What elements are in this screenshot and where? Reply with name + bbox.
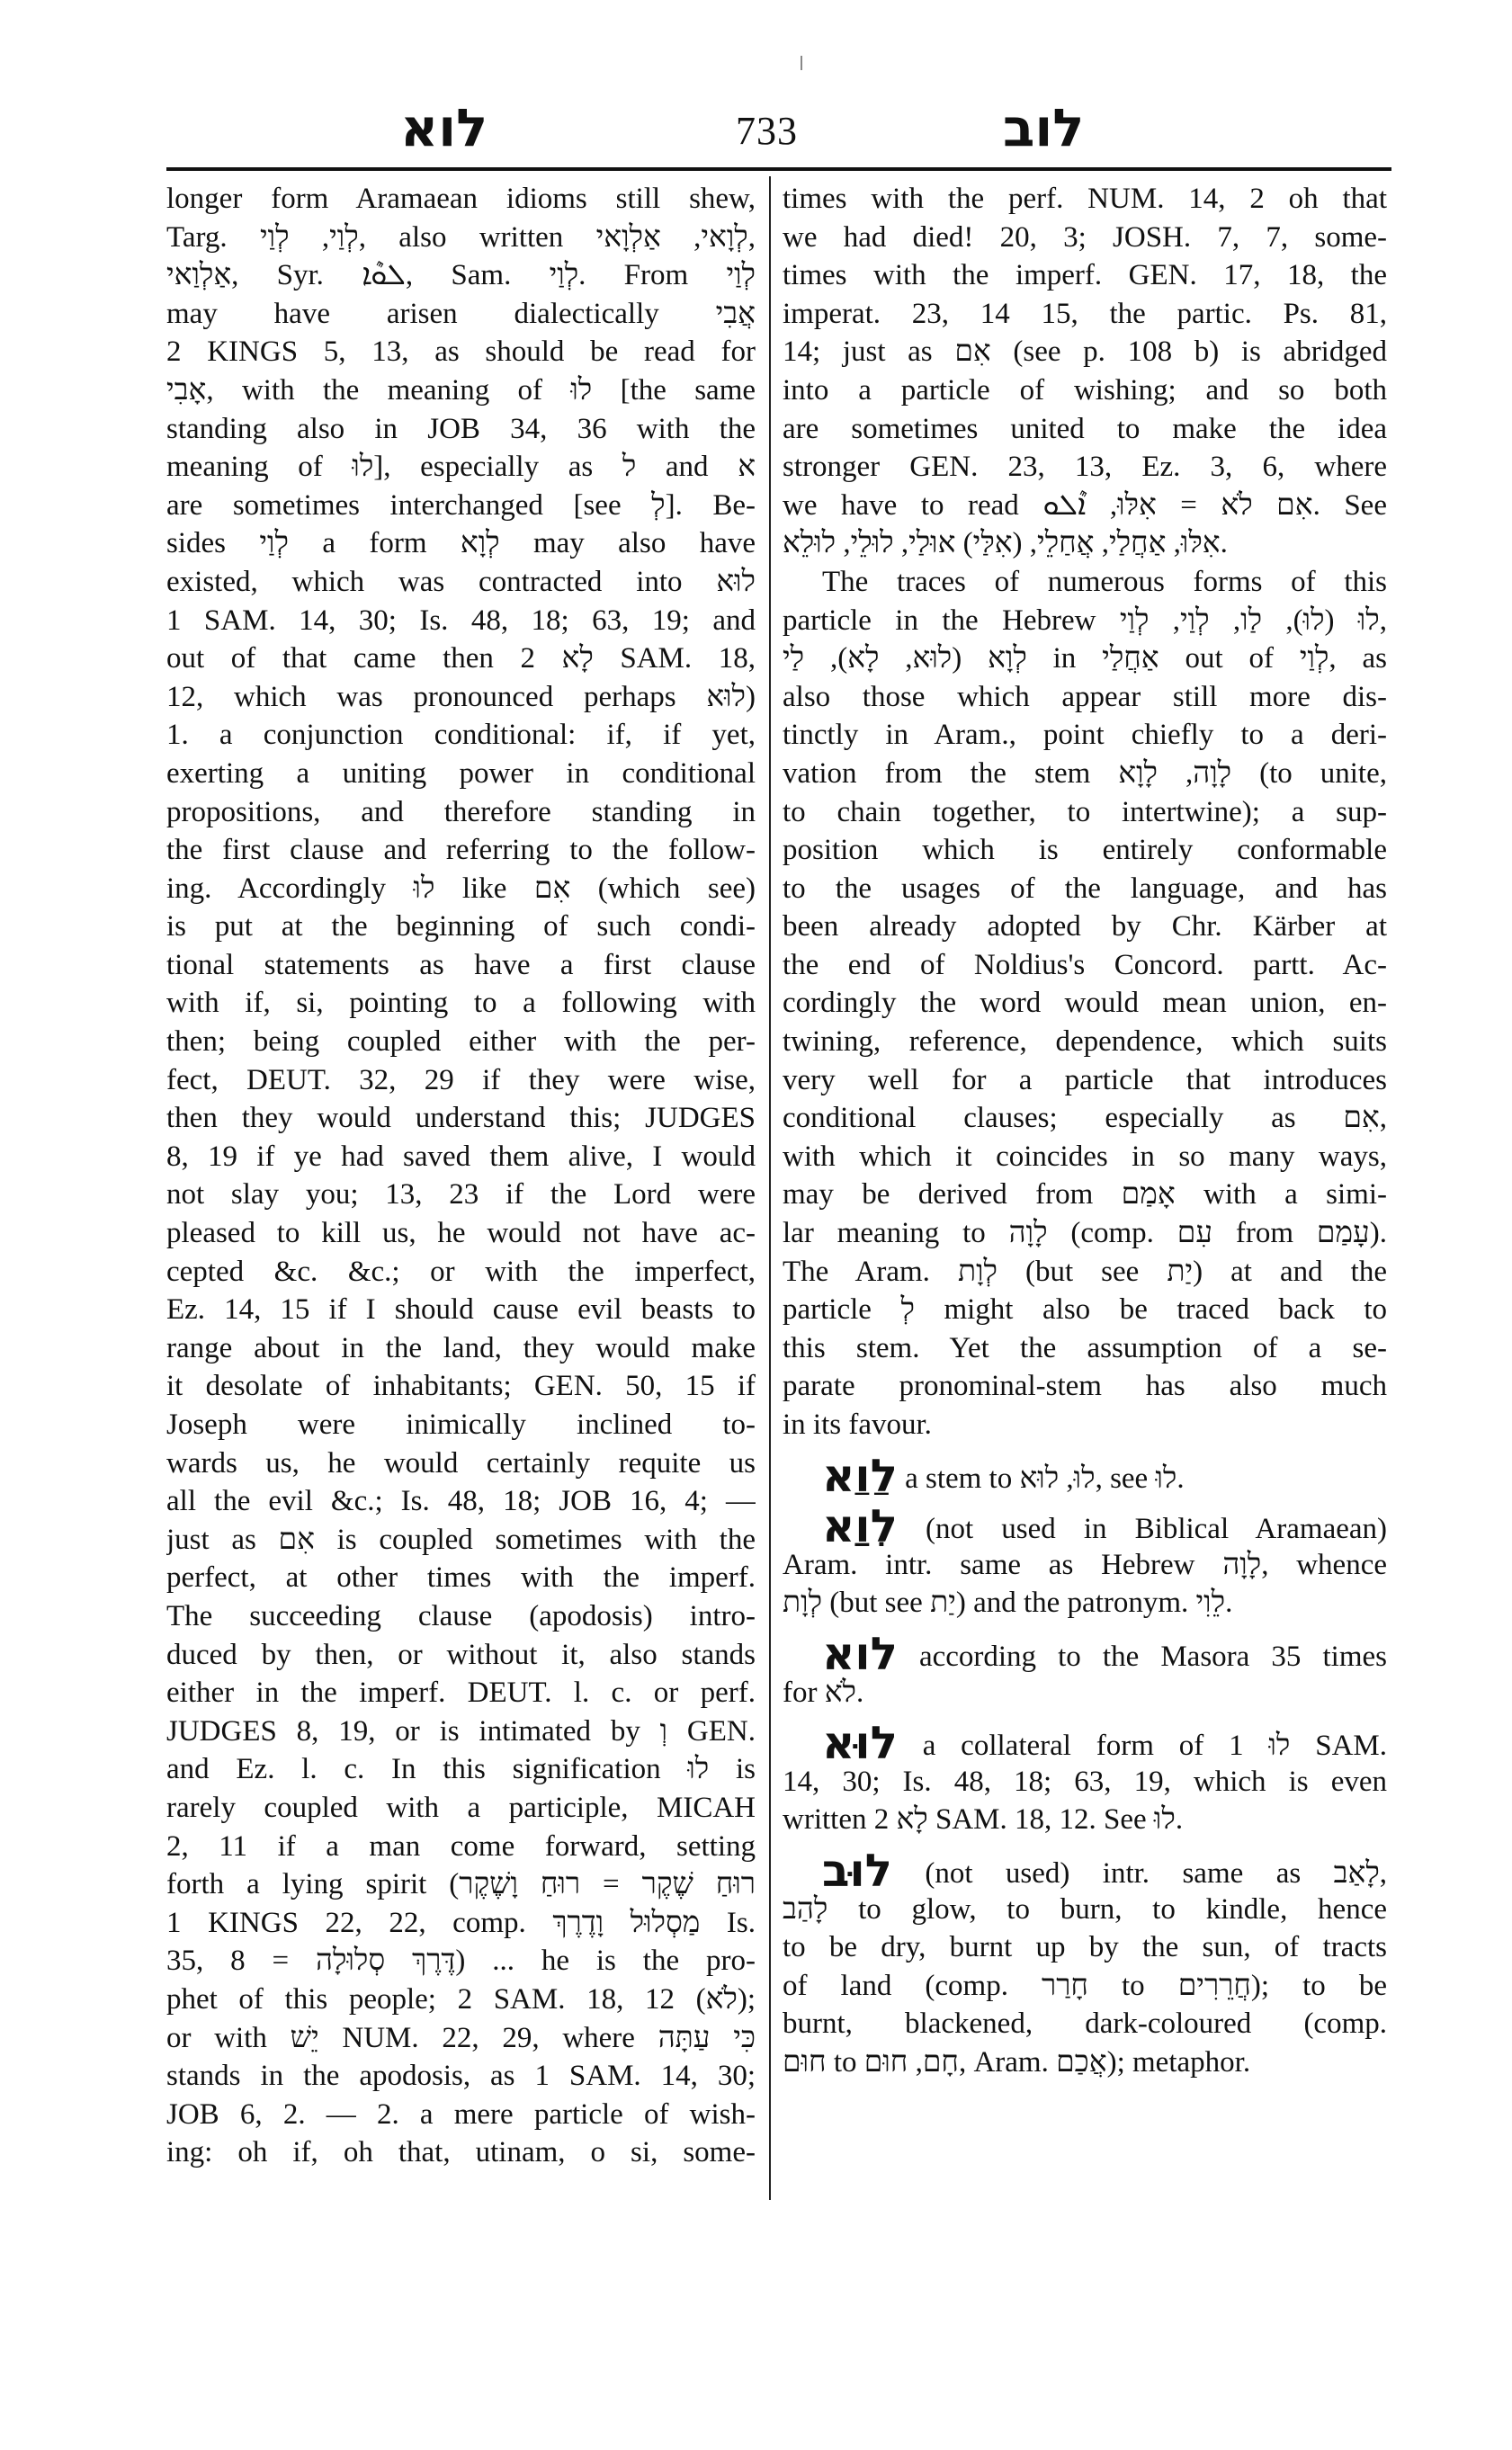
text-line: or with יֵשׁ NUM. 22, 29, where כִּי עַת… (166, 2019, 756, 2058)
text-line: burnt, blackened, dark-coloured (comp. (783, 2005, 1387, 2043)
text-line: JOB 6, 2. — 2. a mere particle of wish- (166, 2096, 756, 2134)
text-line: The Aram. לְוָת (but see יַת) at and the (783, 1253, 1387, 1292)
text-line: Targ. לְוַי, לְוַי, also written לְוָאי,… (166, 219, 756, 257)
left-running-headword: לוא (400, 101, 488, 155)
text-line: to chain together, to intertwine); a sup… (783, 793, 1387, 832)
entry-headword: לָוָא (822, 1457, 898, 1496)
text-line: 14; just as אִם (see p. 108 b) is abridg… (783, 333, 1387, 371)
page-header: לוא 733 לוב (0, 0, 1512, 180)
text-line: to be dry, burnt up by the sun, of tract… (783, 1928, 1387, 1967)
text-line: 14, 30; Is. 48, 18; 63, 19, which is eve… (783, 1763, 1387, 1802)
dictionary-entry: לוא according to the Masora 35 timesfor … (783, 1635, 1387, 1712)
entry-first-line: לוא according to the Masora 35 times (783, 1635, 1387, 1674)
entry-definition: (not used) intr. same as לָאַב, (925, 1857, 1387, 1890)
text-line: לָהַב to glow, to burn, to kindle, hence (783, 1891, 1387, 1929)
text-line: with if, si, pointing to a following wit… (166, 984, 756, 1023)
text-line: 1 SAM. 14, 30; Is. 48, 18; 63, 19; and (166, 602, 756, 640)
text-line: longer form Aramaean idioms still shew, (166, 180, 756, 219)
entry-definition: according to the Masora 35 times (919, 1641, 1387, 1673)
text-line: 2, 11 if a man come forward, setting (166, 1828, 756, 1866)
text-line: either in the imperf. DEUT. l. c. or per… (166, 1674, 756, 1712)
text-line: perfect, at other times with the imperf. (166, 1559, 756, 1597)
text-line: wards us, he would certainly requite us (166, 1444, 756, 1483)
text-line: this stem. Yet the assumption of a se- (783, 1329, 1387, 1368)
text-line: of land (comp. חָרַר to חֲרֵרִים); to be (783, 1967, 1387, 2006)
text-line: it desolate of inhabitants; GEN. 50, 15 … (166, 1367, 756, 1406)
entry-first-line: לְוָא (not used in Biblical Aramaean) (783, 1507, 1387, 1546)
text-line: position which is entirely conformable (783, 831, 1387, 870)
text-line: all the evil &c.; Is. 48, 18; JOB 16, 4;… (166, 1482, 756, 1521)
text-line: rarely coupled with a participle, MICAH (166, 1789, 756, 1828)
text-line: been already adopted by Chr. Kärber at (783, 908, 1387, 946)
text-line: 35, 8 = דֶּרֶךְ סְלוּלָה) ... he is the … (166, 1942, 756, 1981)
page-number: 733 (736, 108, 798, 154)
text-line: then they would understand this; JUDGES (166, 1099, 756, 1138)
text-line: ing. Accordingly לוּ like אִם (which see… (166, 870, 756, 908)
text-line: Ez. 14, 15 if I should cause evil beasts… (166, 1291, 756, 1329)
text-line: אִלּוּ, אַחֲלַי, אֲחַלֵי, (אִלַּי) אוּלַ… (783, 524, 1387, 563)
text-line: חוּם to חָם, חוּם, Aram. אֲכַם); metapho… (783, 2043, 1387, 2082)
text-line: duced by then, or without it, also stand… (166, 1636, 756, 1675)
text-line: tinctly in Aram., point chiefly to a der… (783, 716, 1387, 755)
text-line: we have to read אִם לֹא = אִלּוּ, ܐܶܠܘ. … (783, 487, 1387, 525)
text-line: out of that came then לָא 2 SAM. 18, (166, 639, 756, 678)
text-line: 1 KINGS 22, 22, comp. מַסְלוּל וָדֶרֶךְ … (166, 1904, 756, 1943)
dictionary-entry: לָוָא a stem to לוּ, לוּא, see לוּ. (783, 1457, 1387, 1496)
text-line: conditional clauses; especially as אִם, (783, 1099, 1387, 1138)
text-line: in its favour. (783, 1406, 1387, 1444)
text-line: existed, which was contracted into לוּא (166, 563, 756, 602)
text-line: for לֹא. (783, 1674, 1387, 1712)
entry-headword: לוא (822, 1635, 898, 1674)
text-line: tional statements as have a first clause (166, 946, 756, 985)
text-line: may have arisen dialectically אֲבִי (166, 295, 756, 334)
text-line: Aram. intr. same as Hebrew לָוָה, whence (783, 1546, 1387, 1585)
right-column: times with the perf. NUM. 14, 2 oh thatw… (783, 180, 1387, 2082)
text-line: standing also in JOB 34, 36 with the (166, 410, 756, 449)
text-line: not slay you; 13, 23 if the Lord were (166, 1176, 756, 1214)
text-line: are sometimes interchanged [see לְ]. Be- (166, 487, 756, 525)
text-line: particle in the Hebrew לוּ (לוּ), לַו, ל… (783, 602, 1387, 640)
text-line: with which it coincides in so many ways, (783, 1138, 1387, 1176)
text-line: לְוָא (לוּא, לָא), לַי in אַחֲלַי out of… (783, 639, 1387, 678)
text-line: particle לְ might also be traced back to (783, 1291, 1387, 1329)
text-line: lar meaning to לָוָה (comp. עִם from עָמ… (783, 1214, 1387, 1253)
text-line: to the usages of the language, and has (783, 870, 1387, 908)
text-line: very well for a particle that introduces (783, 1061, 1387, 1100)
entry-first-line: לָוָא a stem to לוּ, לוּא, see לוּ. (783, 1457, 1387, 1496)
entry-definition: a stem to לוּ, לוּא, see לוּ. (905, 1462, 1185, 1495)
text-line: and Ez. l. c. In this signification לוּ … (166, 1750, 756, 1789)
text-line: also those which appear still more dis- (783, 678, 1387, 717)
dictionary-entry: לוּב (not used) intr. same as לָאַב,לָהַ… (783, 1852, 1387, 2082)
text-line: times with the perf. NUM. 14, 2 oh that (783, 180, 1387, 219)
text-line: written לָא 2 SAM. 18, 12. See לוּ. (783, 1801, 1387, 1839)
text-line: אַלְוַאי, Syr. ܠܘܶܐ, Sam. לְוַי. From לְ… (166, 256, 756, 295)
entry-definition: a collateral form of לוּ 1 SAM. (923, 1730, 1387, 1762)
text-line: ing: oh if, oh that, utinam, o si, some- (166, 2133, 756, 2172)
text-line: fect, DEUT. 32, 29 if they were wise, (166, 1061, 756, 1100)
scan-mark (801, 56, 802, 70)
text-line: are sometimes united to make the idea (783, 410, 1387, 449)
dictionary-entry: לוּא a collateral form of לוּ 1 SAM.14, … (783, 1724, 1387, 1839)
text-line: is put at the beginning of such condi- (166, 908, 756, 946)
text-line: parate pronominal-stem has also much (783, 1367, 1387, 1406)
entry-headword: לְוָא (822, 1507, 898, 1546)
column-divider (769, 176, 771, 2200)
text-line: cordingly the word would mean union, en- (783, 984, 1387, 1023)
text-line: may be derived from אָמַם with a simi- (783, 1176, 1387, 1214)
header-rule (166, 167, 1391, 171)
text-line: vation from the stem לָוָה, לָוָא (to un… (783, 755, 1387, 793)
entry-headword: לוּב (822, 1852, 892, 1891)
text-line: The traces of numerous forms of this (783, 563, 1387, 602)
text-line: the end of Noldius's Concord. partt. Ac- (783, 946, 1387, 985)
text-line: propositions, and therefore standing in (166, 793, 756, 832)
text-line: forth a lying spirit (רוּחַ שֶׁקֶר = רוּ… (166, 1865, 756, 1904)
text-line: stands in the apodosis, as 1 SAM. 14, 30… (166, 2057, 756, 2096)
entry-first-line: לוּא a collateral form of לוּ 1 SAM. (783, 1724, 1387, 1763)
right-running-headword: לוב (1003, 101, 1084, 155)
text-line: Joseph were inimically inclined to- (166, 1406, 756, 1444)
text-line: the first clause and referring to the fo… (166, 831, 756, 870)
text-line: sides לְוַי a form לְוָא may also have (166, 524, 756, 563)
text-line: meaning of לוּ], especially as ל and א (166, 448, 756, 487)
text-line: twining, reference, dependence, which su… (783, 1023, 1387, 1061)
text-line: cepted &c. &c.; or with the imperfect, (166, 1253, 756, 1292)
text-line: phet of this people; 2 SAM. 18, 12 (לֹא)… (166, 1981, 756, 2019)
entry-headword: לוּא (822, 1724, 898, 1763)
entry-definition: (not used in Biblical Aramaean) (926, 1513, 1387, 1545)
text-line: לְוָת (but see יַת) and the patronym. לֵ… (783, 1584, 1387, 1623)
text-line: אָבִי, with the meaning of לוּ [the same (166, 371, 756, 410)
text-line: then; being coupled either with the per- (166, 1023, 756, 1061)
dictionary-entry: לְוָא (not used in Biblical Aramaean)Ara… (783, 1507, 1387, 1623)
text-line: pleased to kill us, he would not have ac… (166, 1214, 756, 1253)
text-line: times with the imperf. GEN. 17, 18, the (783, 256, 1387, 295)
text-line: we had died! 20, 3; JOSH. 7, 7, some- (783, 219, 1387, 257)
text-line: 12, which was pronounced perhaps לוּא) (166, 678, 756, 717)
text-line: just as אִם is coupled sometimes with th… (166, 1521, 756, 1560)
text-line: 2 KINGS 5, 13, as should be read for (166, 333, 756, 371)
text-line: range about in the land, they would make (166, 1329, 756, 1368)
text-line: JUDGES 8, 19, or is intimated by וְ GEN. (166, 1712, 756, 1751)
text-line: The succeeding clause (apodosis) intro- (166, 1597, 756, 1636)
text-line: imperat. 23, 14 15, the partic. Ps. 81, (783, 295, 1387, 334)
text-line: stronger GEN. 23, 13, Ez. 3, 6, where (783, 448, 1387, 487)
text-line: exerting a uniting power in conditional (166, 755, 756, 793)
text-line: 8, 19 if ye had saved them alive, I woul… (166, 1138, 756, 1176)
text-line: 1. a conjunction conditional: if, if yet… (166, 716, 756, 755)
text-line: into a particle of wishing; and so both (783, 371, 1387, 410)
left-column: longer form Aramaean idioms still shew,T… (166, 180, 756, 2172)
entry-first-line: לוּב (not used) intr. same as לָאַב, (783, 1852, 1387, 1891)
